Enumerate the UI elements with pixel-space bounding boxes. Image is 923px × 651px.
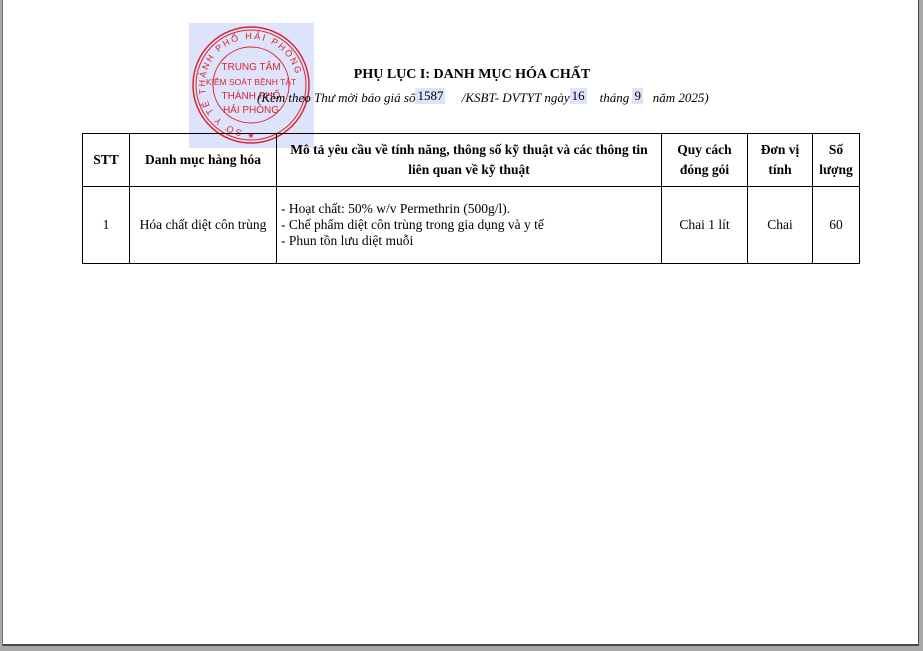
table-row: 1 Hóa chất diệt côn trùng - Hoạt chất: 5… (83, 187, 860, 264)
letter-number-field[interactable]: 1587 (415, 88, 445, 104)
header-description: Mô tả yêu cầu về tính năng, thông số kỹ … (277, 134, 662, 187)
document-title: PHỤ LỤC I: DANH MỤC HÓA CHẤT (3, 67, 923, 83)
cell-item: Hóa chất diệt côn trùng (130, 187, 277, 264)
cell-description: - Hoạt chất: 50% w/v Permethrin (500g/l)… (277, 187, 662, 264)
table-header-row: STT Danh mục hàng hóa Mô tả yêu cầu về t… (83, 134, 860, 187)
cell-quantity: 60 (813, 187, 860, 264)
cell-unit: Chai (748, 187, 813, 264)
document-subtitle: (Kèm theo Thư mời báo giá số1587 /KSBT- … (257, 90, 709, 106)
header-packaging: Quy cách đóng gói (662, 134, 748, 187)
header-stt: STT (83, 134, 130, 187)
header-quantity: Số lượng (813, 134, 860, 187)
cell-stt: 1 (83, 187, 130, 264)
cell-packaging: Chai 1 lít (662, 187, 748, 264)
chemicals-table: STT Danh mục hàng hóa Mô tả yêu cầu về t… (82, 133, 860, 264)
month-field[interactable]: 9 (632, 88, 643, 104)
document-page: SỞ Y TẾ THÀNH PHỐ HẢI PHÒNG TRUNG TÂM KI… (2, 0, 919, 646)
day-field[interactable]: 16 (570, 88, 587, 104)
header-unit: Đơn vị tính (748, 134, 813, 187)
official-stamp: SỞ Y TẾ THÀNH PHỐ HẢI PHÒNG TRUNG TÂM KI… (189, 23, 314, 148)
header-item: Danh mục hàng hóa (130, 134, 277, 187)
